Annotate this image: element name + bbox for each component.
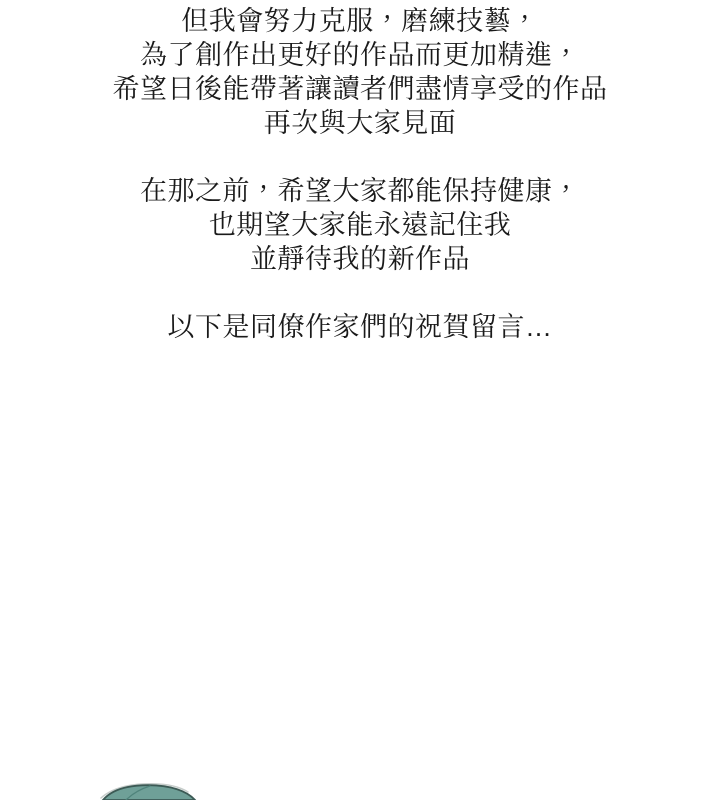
message-line-8: 以下是同僚作家們的祝賀留言… (0, 310, 720, 344)
message-line-3: 希望日後能帶著讓讀者們盡情享受的作品 (0, 72, 720, 106)
message-stanza-1: 但我會努力克服，磨練技藝， 為了創作出更好的作品而更加精進， 希望日後能帶著讓讀… (0, 4, 720, 140)
message-line-6: 也期望大家能永遠記住我 (0, 208, 720, 242)
message-line-2: 為了創作出更好的作品而更加精進， (0, 38, 720, 72)
message-stanza-3: 以下是同僚作家們的祝賀留言… (0, 310, 720, 344)
farewell-message: 但我會努力克服，磨練技藝， 為了創作出更好的作品而更加精進， 希望日後能帶著讓讀… (0, 4, 720, 344)
hair-dome-shape (103, 785, 195, 800)
message-line-4: 再次與大家見面 (0, 106, 720, 140)
message-line-5: 在那之前，希望大家都能保持健康， (0, 174, 720, 208)
message-line-1: 但我會努力克服，磨練技藝， (0, 4, 720, 38)
message-stanza-2: 在那之前，希望大家都能保持健康， 也期望大家能永遠記住我 並靜待我的新作品 (0, 174, 720, 276)
webtoon-epilogue-page: 但我會努力克服，磨練技藝， 為了創作出更好的作品而更加精進， 希望日後能帶著讓讀… (0, 0, 720, 800)
character-hair-top-art (100, 783, 200, 800)
message-line-7: 並靜待我的新作品 (0, 242, 720, 276)
